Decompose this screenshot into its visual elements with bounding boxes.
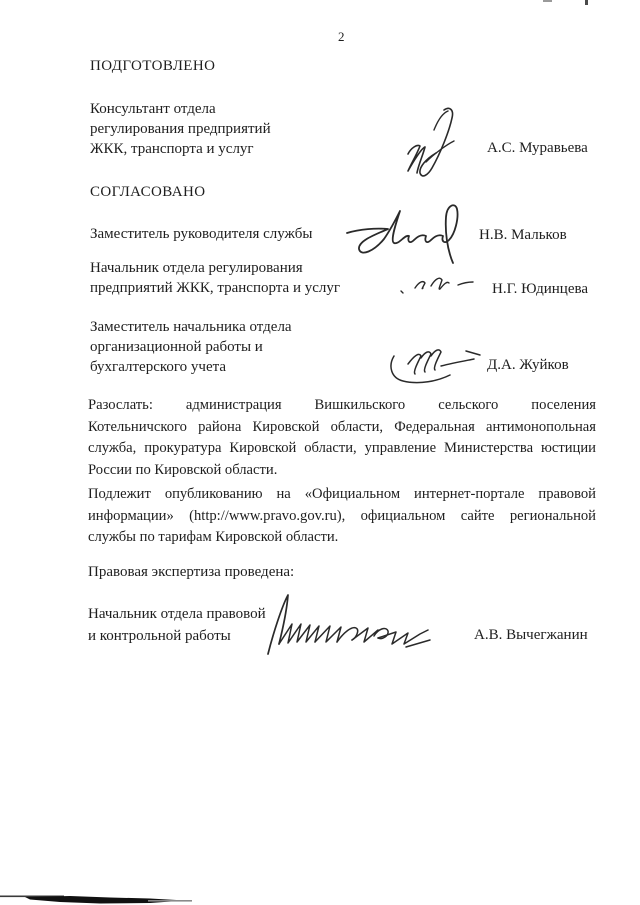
- scan-artifact-top-left-dash: [543, 0, 552, 2]
- paragraph-line: Подлежит опубликованию на «Официальном и…: [88, 484, 596, 506]
- document-page: 2 ПОДГОТОВЛЕНО Консультант отдела регули…: [0, 0, 640, 905]
- signer-title-yudintseva: Начальник отдела регулирования предприят…: [90, 258, 340, 298]
- signer-title-line: организационной работы и: [90, 337, 292, 357]
- signer-title-line: Заместитель начальника отдела: [90, 317, 292, 337]
- paragraph-line: служба, прокуратура Кировской области, у…: [88, 438, 596, 460]
- paragraph-line: Разослать: администрация Вишкильского се…: [88, 395, 596, 417]
- paragraph-line: информации» (http://www.pravo.gov.ru), о…: [88, 506, 596, 528]
- agreed-heading: СОГЛАСОВАНО: [90, 182, 205, 202]
- signature-vychegzhanin-icon: [256, 592, 436, 656]
- prepared-heading: ПОДГОТОВЛЕНО: [90, 56, 215, 76]
- signature-malkov-icon: [344, 200, 484, 264]
- scan-artifact-bottom: [0, 888, 200, 905]
- signer-title-line: Консультант отдела: [90, 99, 271, 119]
- signer-title-line: Начальник отдела правовой: [88, 604, 266, 626]
- page-number: 2: [338, 29, 345, 45]
- signature-zhuykov-icon: [386, 334, 484, 394]
- signer-name-vychegzhanin: А.В. Вычегжанин: [474, 627, 588, 644]
- signer-title-zhuykov: Заместитель начальника отдела организаци…: [90, 317, 292, 377]
- publication-paragraph: Подлежит опубликованию на «Официальном и…: [88, 484, 596, 549]
- paragraph-line: России по Кировской области.: [88, 460, 596, 482]
- signer-title-muravyeva: Консультант отдела регулирования предпри…: [90, 99, 271, 159]
- paragraph-line: службы по тарифам Кировской области.: [88, 527, 596, 549]
- signer-name-muravyeva: А.С. Муравьева: [487, 140, 588, 157]
- signer-title-line: бухгалтерского учета: [90, 357, 292, 377]
- distribution-paragraph: Разослать: администрация Вишкильского се…: [88, 395, 596, 481]
- signer-name-malkov: Н.В. Мальков: [479, 227, 567, 244]
- signer-title-line: и контрольной работы: [88, 626, 266, 648]
- signature-yudintseva-icon: [398, 274, 482, 298]
- signature-muravyeva-icon: [398, 104, 470, 182]
- scan-artifact-top-right-tick: [585, 0, 588, 5]
- signer-title-line: Заместитель руководителя службы: [90, 224, 312, 244]
- signer-name-zhuykov: Д.А. Жуйков: [487, 357, 569, 374]
- signer-title-line: регулирования предприятий: [90, 119, 271, 139]
- signer-title-line: Начальник отдела регулирования: [90, 258, 340, 278]
- signer-title-malkov: Заместитель руководителя службы: [90, 224, 312, 244]
- signer-title-vychegzhanin: Начальник отдела правовой и контрольной …: [88, 604, 266, 647]
- legal-review-heading: Правовая экспертиза проведена:: [88, 562, 294, 582]
- signer-title-line: предприятий ЖКК, транспорта и услуг: [90, 278, 340, 298]
- paragraph-line: Котельничского района Кировской области,…: [88, 417, 596, 439]
- signer-title-line: ЖКК, транспорта и услуг: [90, 139, 271, 159]
- signer-name-yudintseva: Н.Г. Юдинцева: [492, 281, 588, 298]
